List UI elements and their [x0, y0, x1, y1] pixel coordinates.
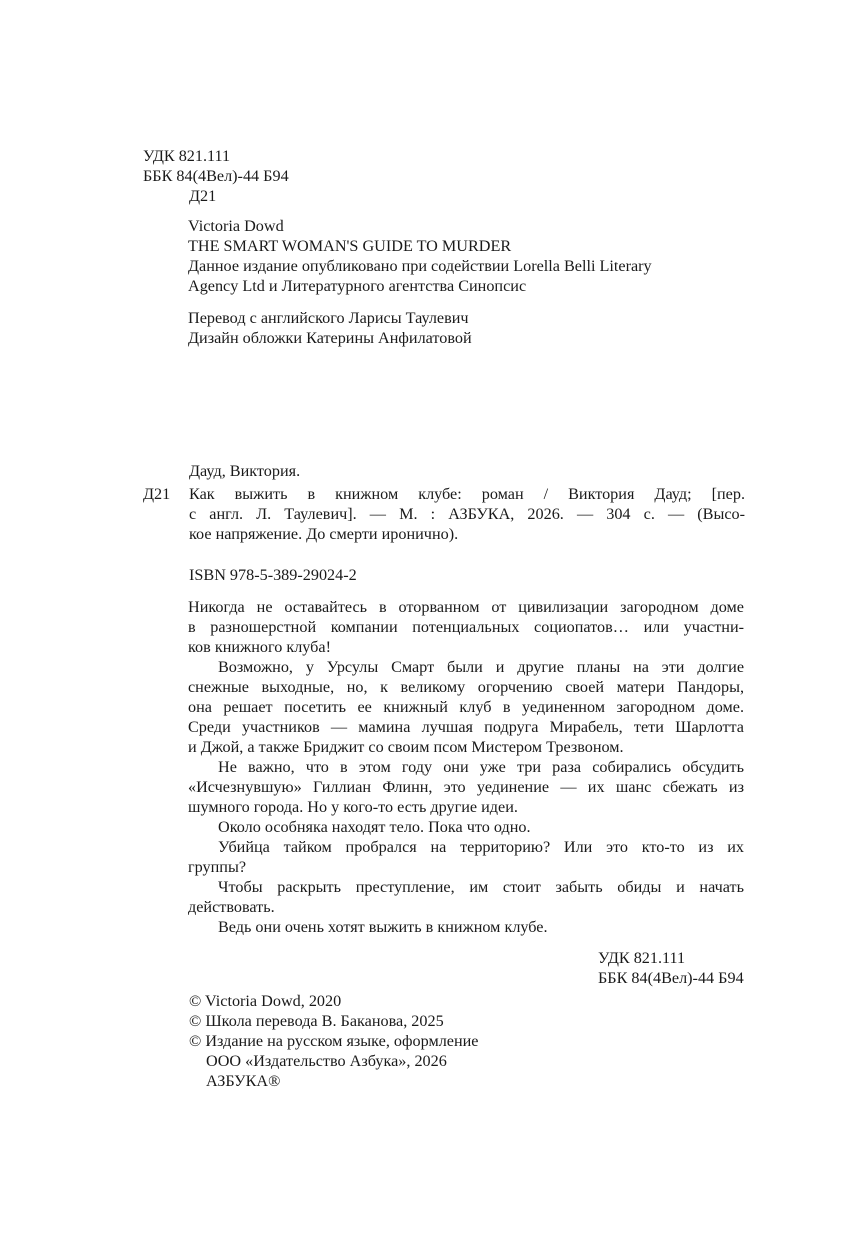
bibliographic-description: Как выжить в книжном клубе: роман / Викт… [189, 484, 745, 544]
annotation-line: Около особняка находят тело. Пока что од… [188, 817, 744, 837]
rights-note-line-1: Данное издание опубликовано при содейств… [188, 256, 652, 276]
classification-block-bottom: УДК 821.111 ББК 84(4Вел)-44 Б94 [598, 948, 744, 988]
bbk-code: ББК 84(4Вел)-44 Б94 [598, 968, 744, 988]
annotation-line: действовать. [188, 897, 744, 917]
annotation-line: Возможно, у Урсулы Смарт были и другие п… [188, 657, 744, 677]
rights-note-line-2: Agency Ltd и Литературного агентства Син… [188, 276, 652, 296]
bibliographic-author-heading: Дауд, Виктория. [189, 461, 300, 481]
annotation-line: Среди участников — мамина лучшая подруга… [188, 717, 744, 737]
original-author: Victoria Dowd [188, 216, 652, 236]
annotation-line: Не важно, что в этом году они уже три ра… [188, 757, 744, 777]
author-mark: Д21 [143, 186, 289, 206]
annotation-line: она решает посетить ее книжный клуб в уе… [188, 697, 744, 717]
annotation-line: в разношерстной компании потенциальных с… [188, 617, 744, 637]
annotation-line: «Исчезнувшую» Гиллиан Флинн, это уединен… [188, 777, 744, 797]
annotation-line: и Джой, а также Бриджит со своим псом Ми… [188, 737, 744, 757]
annotation-line: снежные выходные, но, к великому огорчен… [188, 677, 744, 697]
credits-block: Перевод с английского Ларисы Таулевич Ди… [188, 308, 472, 348]
copyright-publisher: ООО «Издательство Азбука», 2026 [189, 1051, 478, 1071]
translation-credit: Перевод с английского Ларисы Таулевич [188, 308, 472, 328]
annotation: Никогда не оставайтесь в оторванном от ц… [188, 597, 744, 937]
udk-code: УДК 821.111 [143, 146, 289, 166]
copyright-translation: © Школа перевода В. Баканова, 2025 [189, 1011, 478, 1031]
copyright-original: © Victoria Dowd, 2020 [189, 991, 478, 1011]
annotation-line: группы? [188, 857, 744, 877]
bibliographic-line: Как выжить в книжном клубе: роман / Викт… [189, 484, 745, 504]
bibliographic-line: кое напряжение. До смерти иронично). [189, 524, 745, 544]
annotation-line: Ведь они очень хотят выжить в книжном кл… [188, 917, 744, 937]
isbn: ISBN 978-5-389-29024-2 [189, 565, 357, 585]
copyright-edition: © Издание на русском языке, оформление [189, 1031, 478, 1051]
bibliographic-line: с англ. Л. Таулевич]. — М. : АЗБУКА, 202… [189, 504, 745, 524]
bibliographic-author-mark: Д21 [143, 484, 170, 504]
copyright-block: © Victoria Dowd, 2020 © Школа перевода В… [189, 991, 478, 1091]
udk-code: УДК 821.111 [598, 948, 744, 968]
original-edition-info: Victoria Dowd THE SMART WOMAN'S GUIDE TO… [188, 216, 652, 296]
annotation-line: Убийца тайком пробрался на территорию? И… [188, 837, 744, 857]
classification-block-top: УДК 821.111 ББК 84(4Вел)-44 Б94 Д21 [143, 146, 289, 206]
annotation-line: шумного города. Но у кого-то есть другие… [188, 797, 744, 817]
bbk-code: ББК 84(4Вел)-44 Б94 [143, 166, 289, 186]
annotation-line: Никогда не оставайтесь в оторванном от ц… [188, 597, 744, 617]
publisher-trademark: АЗБУКА® [189, 1071, 478, 1091]
annotation-line: ков книжного клуба! [188, 637, 744, 657]
cover-design-credit: Дизайн обложки Катерины Анфилатовой [188, 328, 472, 348]
annotation-line: Чтобы раскрыть преступление, им стоит за… [188, 877, 744, 897]
original-title: THE SMART WOMAN'S GUIDE TO MURDER [188, 236, 652, 256]
